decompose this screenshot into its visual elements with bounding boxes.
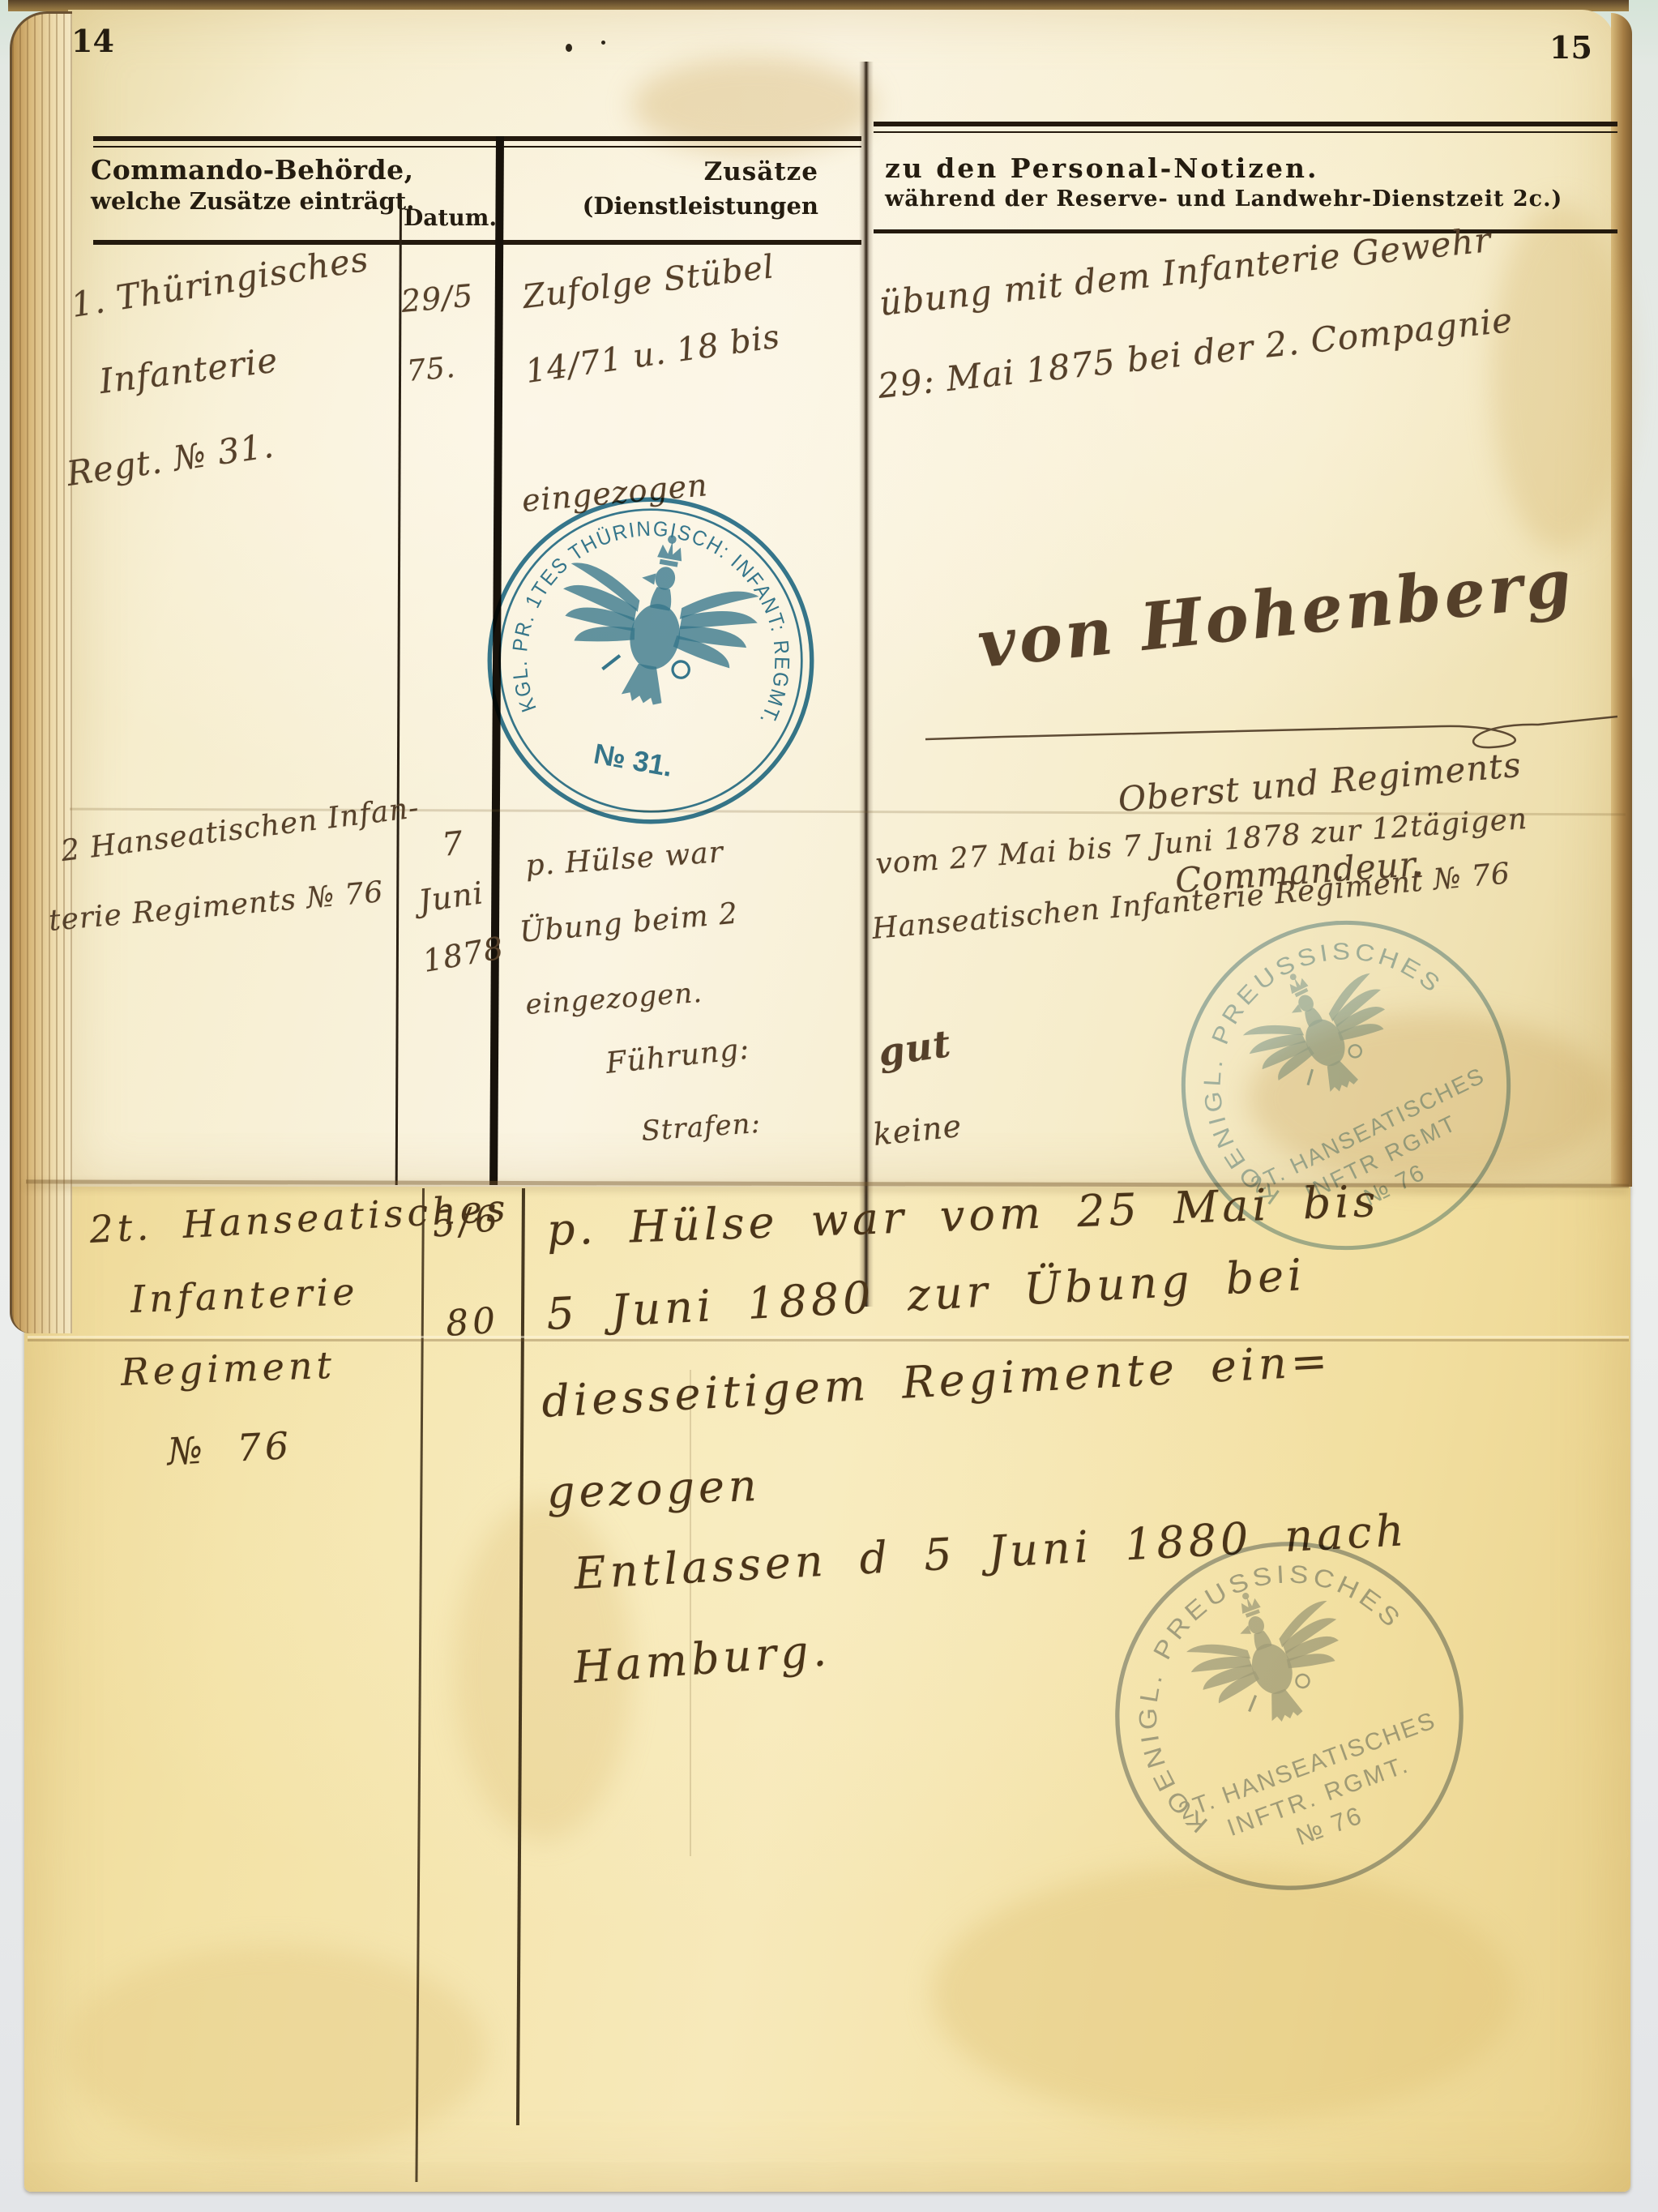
- regimental-stamp-no31: KGL. PR. 1TES THÜRINGISCH: INFANT: REGMT…: [456, 466, 845, 855]
- entry3-datum-line2: 80: [444, 1300, 500, 1345]
- entry3-authority-line3: Regiment: [120, 1343, 336, 1394]
- header-datum-label: Datum.: [404, 204, 494, 231]
- rule-top-thick-right: [874, 122, 1617, 126]
- rule-header-bottom-left: [93, 240, 861, 245]
- rule-top-thin-right: [874, 131, 1617, 133]
- page-number-left: 14: [71, 23, 114, 59]
- entry2-datum-line1: 7: [440, 824, 465, 864]
- vertical-crease: [690, 1370, 691, 1856]
- scanned-military-passbook: 14 15 Commando-Behörde, welche Zusätze e…: [0, 0, 1658, 2212]
- header-zusaetze-title-2: (Dienstleistungen: [535, 192, 818, 220]
- rule-top-thin-left: [93, 146, 861, 148]
- header-authority-title-1: Commando-Behörde,: [91, 154, 402, 186]
- header-notes-title-2: während der Reserve- und Landwehr-Dienst…: [885, 186, 1562, 212]
- ink-speck: [601, 41, 605, 45]
- page-number-right: 15: [1549, 29, 1592, 66]
- ink-speck: [566, 44, 572, 52]
- rule-top-thick-left: [93, 136, 861, 141]
- stamp1-number: № 31.: [592, 738, 675, 783]
- book-binding-edge: [10, 11, 72, 1333]
- page-right-edge: [1611, 13, 1632, 1187]
- entry1-datum-line1: 29/5: [400, 277, 475, 319]
- header-notes-title-1: zu den Personal-Notizen.: [885, 152, 1318, 184]
- entry3-text-line4: gezogen: [546, 1460, 762, 1518]
- entry3-authority-line2: Infanterie: [130, 1269, 359, 1321]
- fold-crease: [28, 1339, 1629, 1341]
- entry3-authority-line4: № 76: [166, 1423, 293, 1474]
- entry3-datum-line1: 5/6: [430, 1197, 504, 1246]
- rule-header-bottom-right: [874, 229, 1617, 233]
- fold-highlight: [28, 1336, 1629, 1338]
- header-zusaetze-title-1: Zusätze: [535, 157, 818, 186]
- header-authority-title-2: welche Zusätze einträgt.: [91, 187, 402, 215]
- entry1-datum-line2: 75.: [405, 351, 457, 388]
